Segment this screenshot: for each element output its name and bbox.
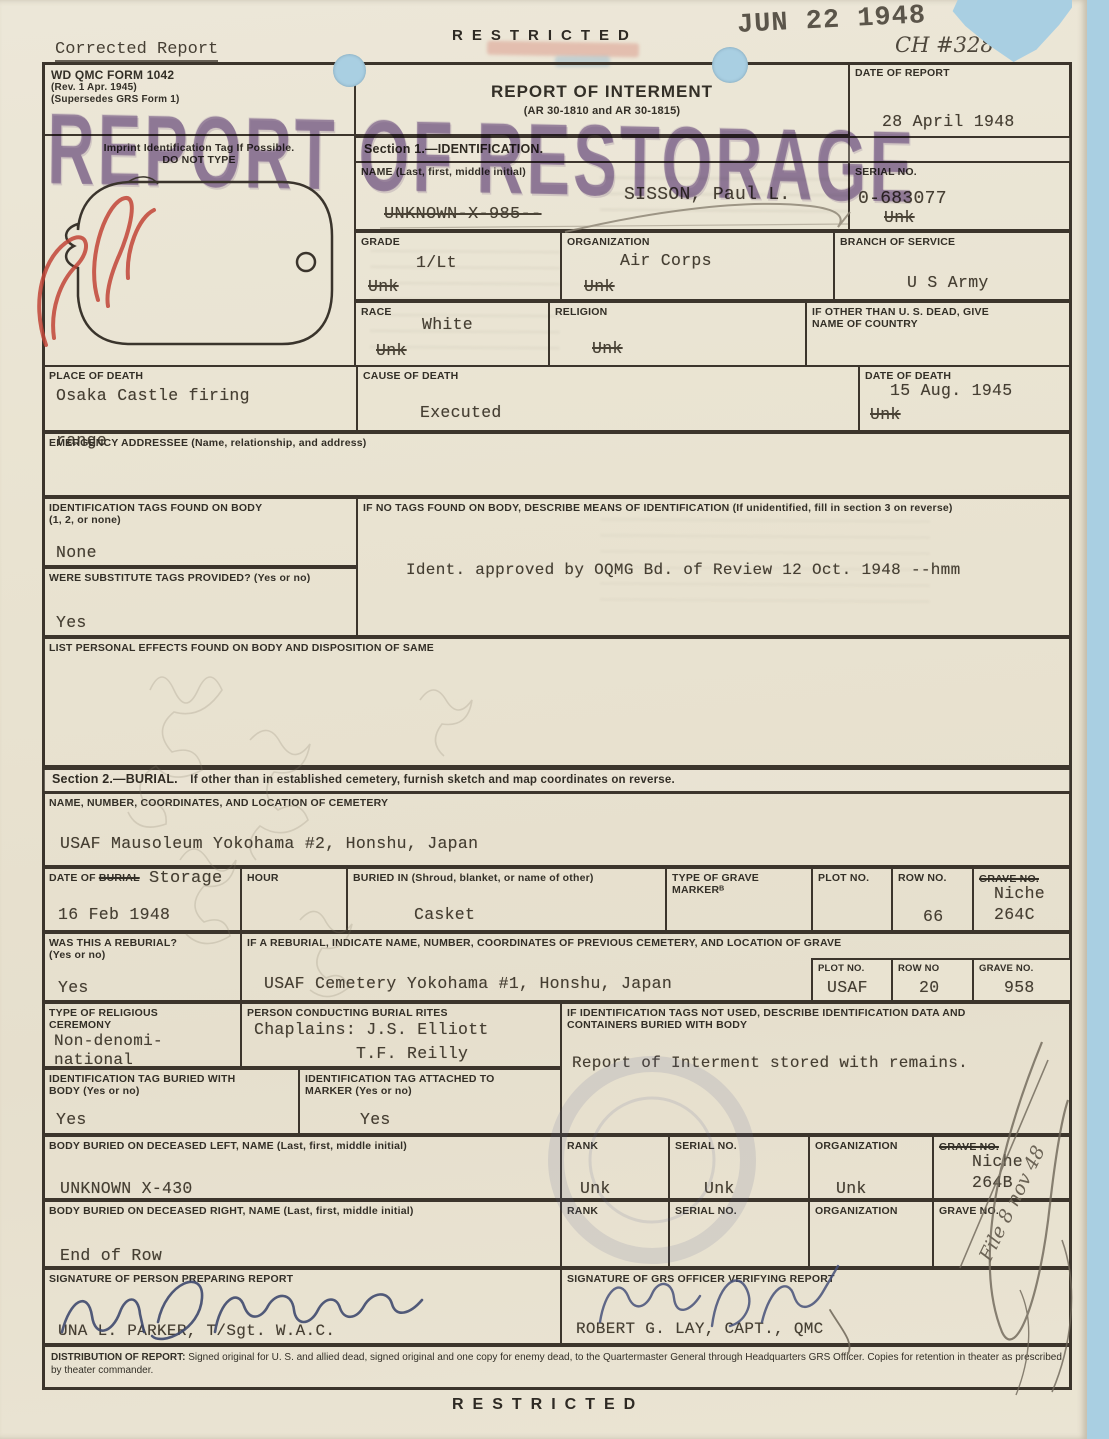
org-col-label: ORGANIZATION: [810, 1202, 932, 1220]
body-left-name-cell: BODY BURIED ON DECEASED LEFT, NAME (Last…: [42, 1135, 562, 1200]
date-of-death-cell: DATE OF DEATH 15 Aug. 1945 Unk: [858, 365, 1072, 432]
substitute-tags-label: WERE SUBSTITUTE TAGS PROVIDED? (Yes or n…: [44, 569, 356, 587]
country-label: IF OTHER THAN U. S. DEAD, GIVE NAME OF C…: [807, 303, 1070, 334]
emergency-addressee-label: EMERGENCY ADDRESSEE (Name, relationship,…: [44, 434, 1070, 452]
preparer-signature-label: SIGNATURE OF PERSON PREPARING REPORT: [44, 1270, 560, 1288]
prev-plot-value: USAF: [827, 978, 868, 997]
body-left-value: UNKNOWN X-430: [60, 1179, 193, 1198]
place-of-death-label: PLACE OF DEATH: [44, 367, 356, 385]
section2-note: If other than in established cemetery, f…: [190, 774, 675, 786]
restricted-banner-top: RESTRICTED: [452, 27, 638, 44]
body-right-label: BODY BURIED ON DECEASED RIGHT, NAME (Las…: [44, 1202, 560, 1220]
body-right-org-cell: ORGANIZATION: [808, 1200, 934, 1268]
tags-not-used-value: Report of Interment stored with remains.: [572, 1054, 968, 1072]
cemetery-label: NAME, NUMBER, COORDINATES, AND LOCATION …: [44, 794, 1070, 812]
distribution-body: Signed original for U. S. and allied dea…: [51, 1352, 1062, 1376]
plot-no-label: PLOT NO.: [813, 869, 891, 887]
rites-value: Chaplains: J.S. Elliott T.F. Reilly: [254, 1018, 489, 1066]
tag-with-body-value: Yes: [56, 1110, 87, 1129]
grade-cell: GRADE 1/Lt Unk: [354, 231, 562, 301]
row-no-cell: ROW NO. 66: [891, 867, 974, 932]
verifier-signature-label: SIGNATURE OF GRS OFFICER VERIFYING REPOR…: [562, 1270, 1070, 1288]
prev-row-cell: ROW NO 20: [891, 958, 974, 1002]
body-left-label: BODY BURIED ON DECEASED LEFT, NAME (Last…: [44, 1137, 560, 1155]
organization-struck: Unk: [584, 277, 615, 296]
substitute-tags-value: Yes: [56, 613, 87, 632]
cause-of-death-label: CAUSE OF DEATH: [358, 367, 858, 385]
organization-cell: ORGANIZATION Air Corps Unk: [560, 231, 835, 301]
corrected-report-note: Corrected Report: [55, 40, 218, 62]
body-right-serial-cell: SERIAL NO.: [668, 1200, 810, 1268]
body-right-name-cell: BODY BURIED ON DECEASED RIGHT, NAME (Las…: [42, 1200, 562, 1268]
grave-marker-label: TYPE OF GRAVE MARKERᴮ: [667, 869, 811, 900]
no-tags-label: IF NO TAGS FOUND ON BODY, DESCRIBE MEANS…: [358, 499, 1070, 517]
prev-grave-cell: GRAVE NO. 958: [972, 958, 1072, 1002]
cause-of-death-cell: CAUSE OF DEATH Executed: [356, 365, 860, 432]
tag-on-marker-cell: IDENTIFICATION TAG ATTACHED TO MARKER (Y…: [298, 1068, 562, 1135]
org-col-label: ORGANIZATION: [810, 1137, 932, 1155]
prev-row-value: 20: [919, 978, 939, 997]
previous-cemetery-label: IF A REBURIAL, INDICATE NAME, NUMBER, CO…: [242, 934, 1070, 952]
substitute-tags-cell: WERE SUBSTITUTE TAGS PROVIDED? (Yes or n…: [42, 567, 358, 637]
body-left-rank-cell: RANK Unk: [560, 1135, 670, 1200]
no-tags-cell: IF NO TAGS FOUND ON BODY, DESCRIBE MEANS…: [356, 497, 1072, 637]
branch-cell: BRANCH OF SERVICE U S Army: [833, 231, 1072, 301]
branch-value: U S Army: [907, 273, 989, 292]
tags-not-used-cell: IF IDENTIFICATION TAGS NOT USED, DESCRIB…: [560, 1002, 1072, 1135]
branch-label: BRANCH OF SERVICE: [835, 233, 1070, 251]
cemetery-cell: NAME, NUMBER, COORDINATES, AND LOCATION …: [42, 792, 1072, 867]
emergency-addressee-cell: EMERGENCY ADDRESSEE (Name, relationship,…: [42, 432, 1072, 497]
tags-found-cell: IDENTIFICATION TAGS FOUND ON BODY (1, 2,…: [42, 497, 358, 567]
distribution-box: DISTRIBUTION OF REPORT: Signed original …: [42, 1345, 1072, 1389]
religion-label: RELIGION: [550, 303, 805, 321]
prev-plot-cell: PLOT NO. USAF: [811, 958, 893, 1002]
race-cell: RACE White Unk: [354, 301, 550, 367]
tag-with-body-cell: IDENTIFICATION TAG BURIED WITH BODY (Yes…: [42, 1068, 300, 1135]
personal-effects-cell: LIST PERSONAL EFFECTS FOUND ON BODY AND …: [42, 637, 1072, 767]
hour-cell: HOUR: [240, 867, 348, 932]
body-right-value: End of Row: [60, 1246, 162, 1265]
tag-on-marker-value: Yes: [360, 1110, 391, 1129]
restricted-banner-bottom: RESTRICTED: [452, 1396, 644, 1414]
punch-hole: [712, 47, 748, 83]
date-of-death-value: 15 Aug. 1945: [890, 381, 1012, 400]
date-of-death-struck: Unk: [870, 405, 901, 424]
rank-label: RANK: [562, 1137, 668, 1155]
row-no-label: ROW NO.: [893, 869, 972, 887]
tag-on-marker-label: IDENTIFICATION TAG ATTACHED TO MARKER (Y…: [300, 1070, 560, 1101]
buried-in-value: Casket: [414, 905, 475, 924]
grade-label: GRADE: [356, 233, 560, 251]
body-left-rank: Unk: [580, 1179, 611, 1198]
date-of-report-label: DATE OF REPORT: [850, 64, 1070, 82]
ceremony-cell: TYPE OF RELIGIOUS CEREMONY Non-denomi- n…: [42, 1002, 242, 1068]
reburial-label: WAS THIS A REBURIAL? (Yes or no): [44, 934, 240, 965]
tag-with-body-label: IDENTIFICATION TAG BURIED WITH BODY (Yes…: [44, 1070, 298, 1101]
organization-value: Air Corps: [620, 251, 712, 270]
plot-no-cell: PLOT NO.: [811, 867, 893, 932]
reburial-value: Yes: [58, 978, 89, 997]
grade-value: 1/Lt: [416, 253, 457, 272]
ceremony-label: TYPE OF RELIGIOUS CEREMONY: [44, 1004, 240, 1035]
organization-label: ORGANIZATION: [562, 233, 833, 251]
burial-date-overwrite: Storage: [149, 869, 223, 888]
grave-marker-cell: TYPE OF GRAVE MARKERᴮ: [665, 867, 813, 932]
verifier-typed-name: ROBERT G. LAY, CAPT., QMC: [576, 1320, 824, 1338]
place-of-death-cell: PLACE OF DEATH Osaka Castle firing range: [42, 365, 358, 432]
religion-struck: Unk: [592, 339, 623, 358]
section2-heading: Section 2.—BURIAL.: [44, 768, 186, 790]
body-left-grave-cell: GRAVE NO. Niche 264B: [932, 1135, 1072, 1200]
prev-plot-label: PLOT NO.: [813, 960, 891, 977]
section2-header: Section 2.—BURIAL. If other than in esta…: [42, 767, 1072, 794]
tags-found-label: IDENTIFICATION TAGS FOUND ON BODY (1, 2,…: [44, 499, 356, 530]
body-left-org: Unk: [836, 1179, 867, 1198]
serial-col-label: SERIAL NO.: [670, 1137, 808, 1155]
burial-date-label-struck: BURIAL: [99, 872, 140, 884]
hour-label: HOUR: [242, 869, 346, 887]
burial-date-label-prefix: DATE OF: [49, 872, 99, 884]
cause-of-death-value: Executed: [420, 403, 502, 422]
body-left-serial: Unk: [704, 1179, 735, 1198]
punch-hole: [333, 54, 366, 87]
rank-label: RANK: [562, 1202, 668, 1220]
form-title: REPORT OF INTERMENT: [356, 64, 848, 105]
tags-found-value: None: [56, 543, 97, 562]
body-left-serial-cell: SERIAL NO. Unk: [668, 1135, 810, 1200]
rites-cell: PERSON CONDUCTING BURIAL RITES Chaplains…: [240, 1002, 562, 1068]
reburial-cell: WAS THIS A REBURIAL? (Yes or no) Yes: [42, 932, 242, 1002]
grade-struck: Unk: [368, 277, 399, 296]
distribution-text: DISTRIBUTION OF REPORT: Signed original …: [44, 1347, 1070, 1381]
verifier-signature-cell: SIGNATURE OF GRS OFFICER VERIFYING REPOR…: [560, 1268, 1072, 1345]
cemetery-value: USAF Mausoleum Yokohama #2, Honshu, Japa…: [60, 834, 478, 853]
no-tags-value: Ident. approved by OQMG Bd. of Review 12…: [406, 561, 961, 579]
country-cell: IF OTHER THAN U. S. DEAD, GIVE NAME OF C…: [805, 301, 1072, 367]
prev-grave-value: 958: [1004, 978, 1035, 997]
religion-cell: RELIGION Unk: [548, 301, 807, 367]
body-right-rank-cell: RANK: [560, 1200, 670, 1268]
preparer-signature-cell: SIGNATURE OF PERSON PREPARING REPORT UNA…: [42, 1268, 562, 1345]
ceremony-value: Non-denomi- national: [54, 1032, 163, 1070]
restorage-stamp: REPORT OF RESTORAGE: [47, 92, 917, 226]
previous-cemetery-value: USAF Cemetery Yokohama #1, Honshu, Japan: [264, 974, 672, 993]
row-no-value: 66: [923, 907, 943, 926]
prev-grave-label: GRAVE NO.: [974, 960, 1070, 977]
prev-row-label: ROW NO: [893, 960, 972, 977]
grave-no-value: Niche 264C: [994, 883, 1045, 926]
buried-in-label: BURIED IN (Shroud, blanket, or name of o…: [348, 869, 665, 887]
race-struck: Unk: [376, 341, 407, 360]
grave-no-cell: GRAVE NO. Niche 264C: [972, 867, 1072, 932]
buried-in-cell: BURIED IN (Shroud, blanket, or name of o…: [346, 867, 667, 932]
serial-col-label: SERIAL NO.: [670, 1202, 808, 1220]
burial-date-cell: DATE OF BURIAL Storage 16 Feb 1948: [42, 867, 242, 932]
form-number: WD QMC FORM 1042: [44, 64, 354, 82]
race-value: White: [422, 315, 473, 334]
body-left-org-cell: ORGANIZATION Unk: [808, 1135, 934, 1200]
scanned-interment-form: { "page": { "corrected_report": "Correct…: [0, 0, 1109, 1439]
preparer-typed-name: UNA L. PARKER, T/Sgt. W.A.C.: [58, 1322, 335, 1340]
personal-effects-label: LIST PERSONAL EFFECTS FOUND ON BODY AND …: [44, 639, 1070, 657]
burial-date-value: 16 Feb 1948: [58, 905, 170, 924]
distribution-label: DISTRIBUTION OF REPORT:: [51, 1352, 185, 1363]
tags-not-used-label: IF IDENTIFICATION TAGS NOT USED, DESCRIB…: [562, 1004, 1070, 1035]
